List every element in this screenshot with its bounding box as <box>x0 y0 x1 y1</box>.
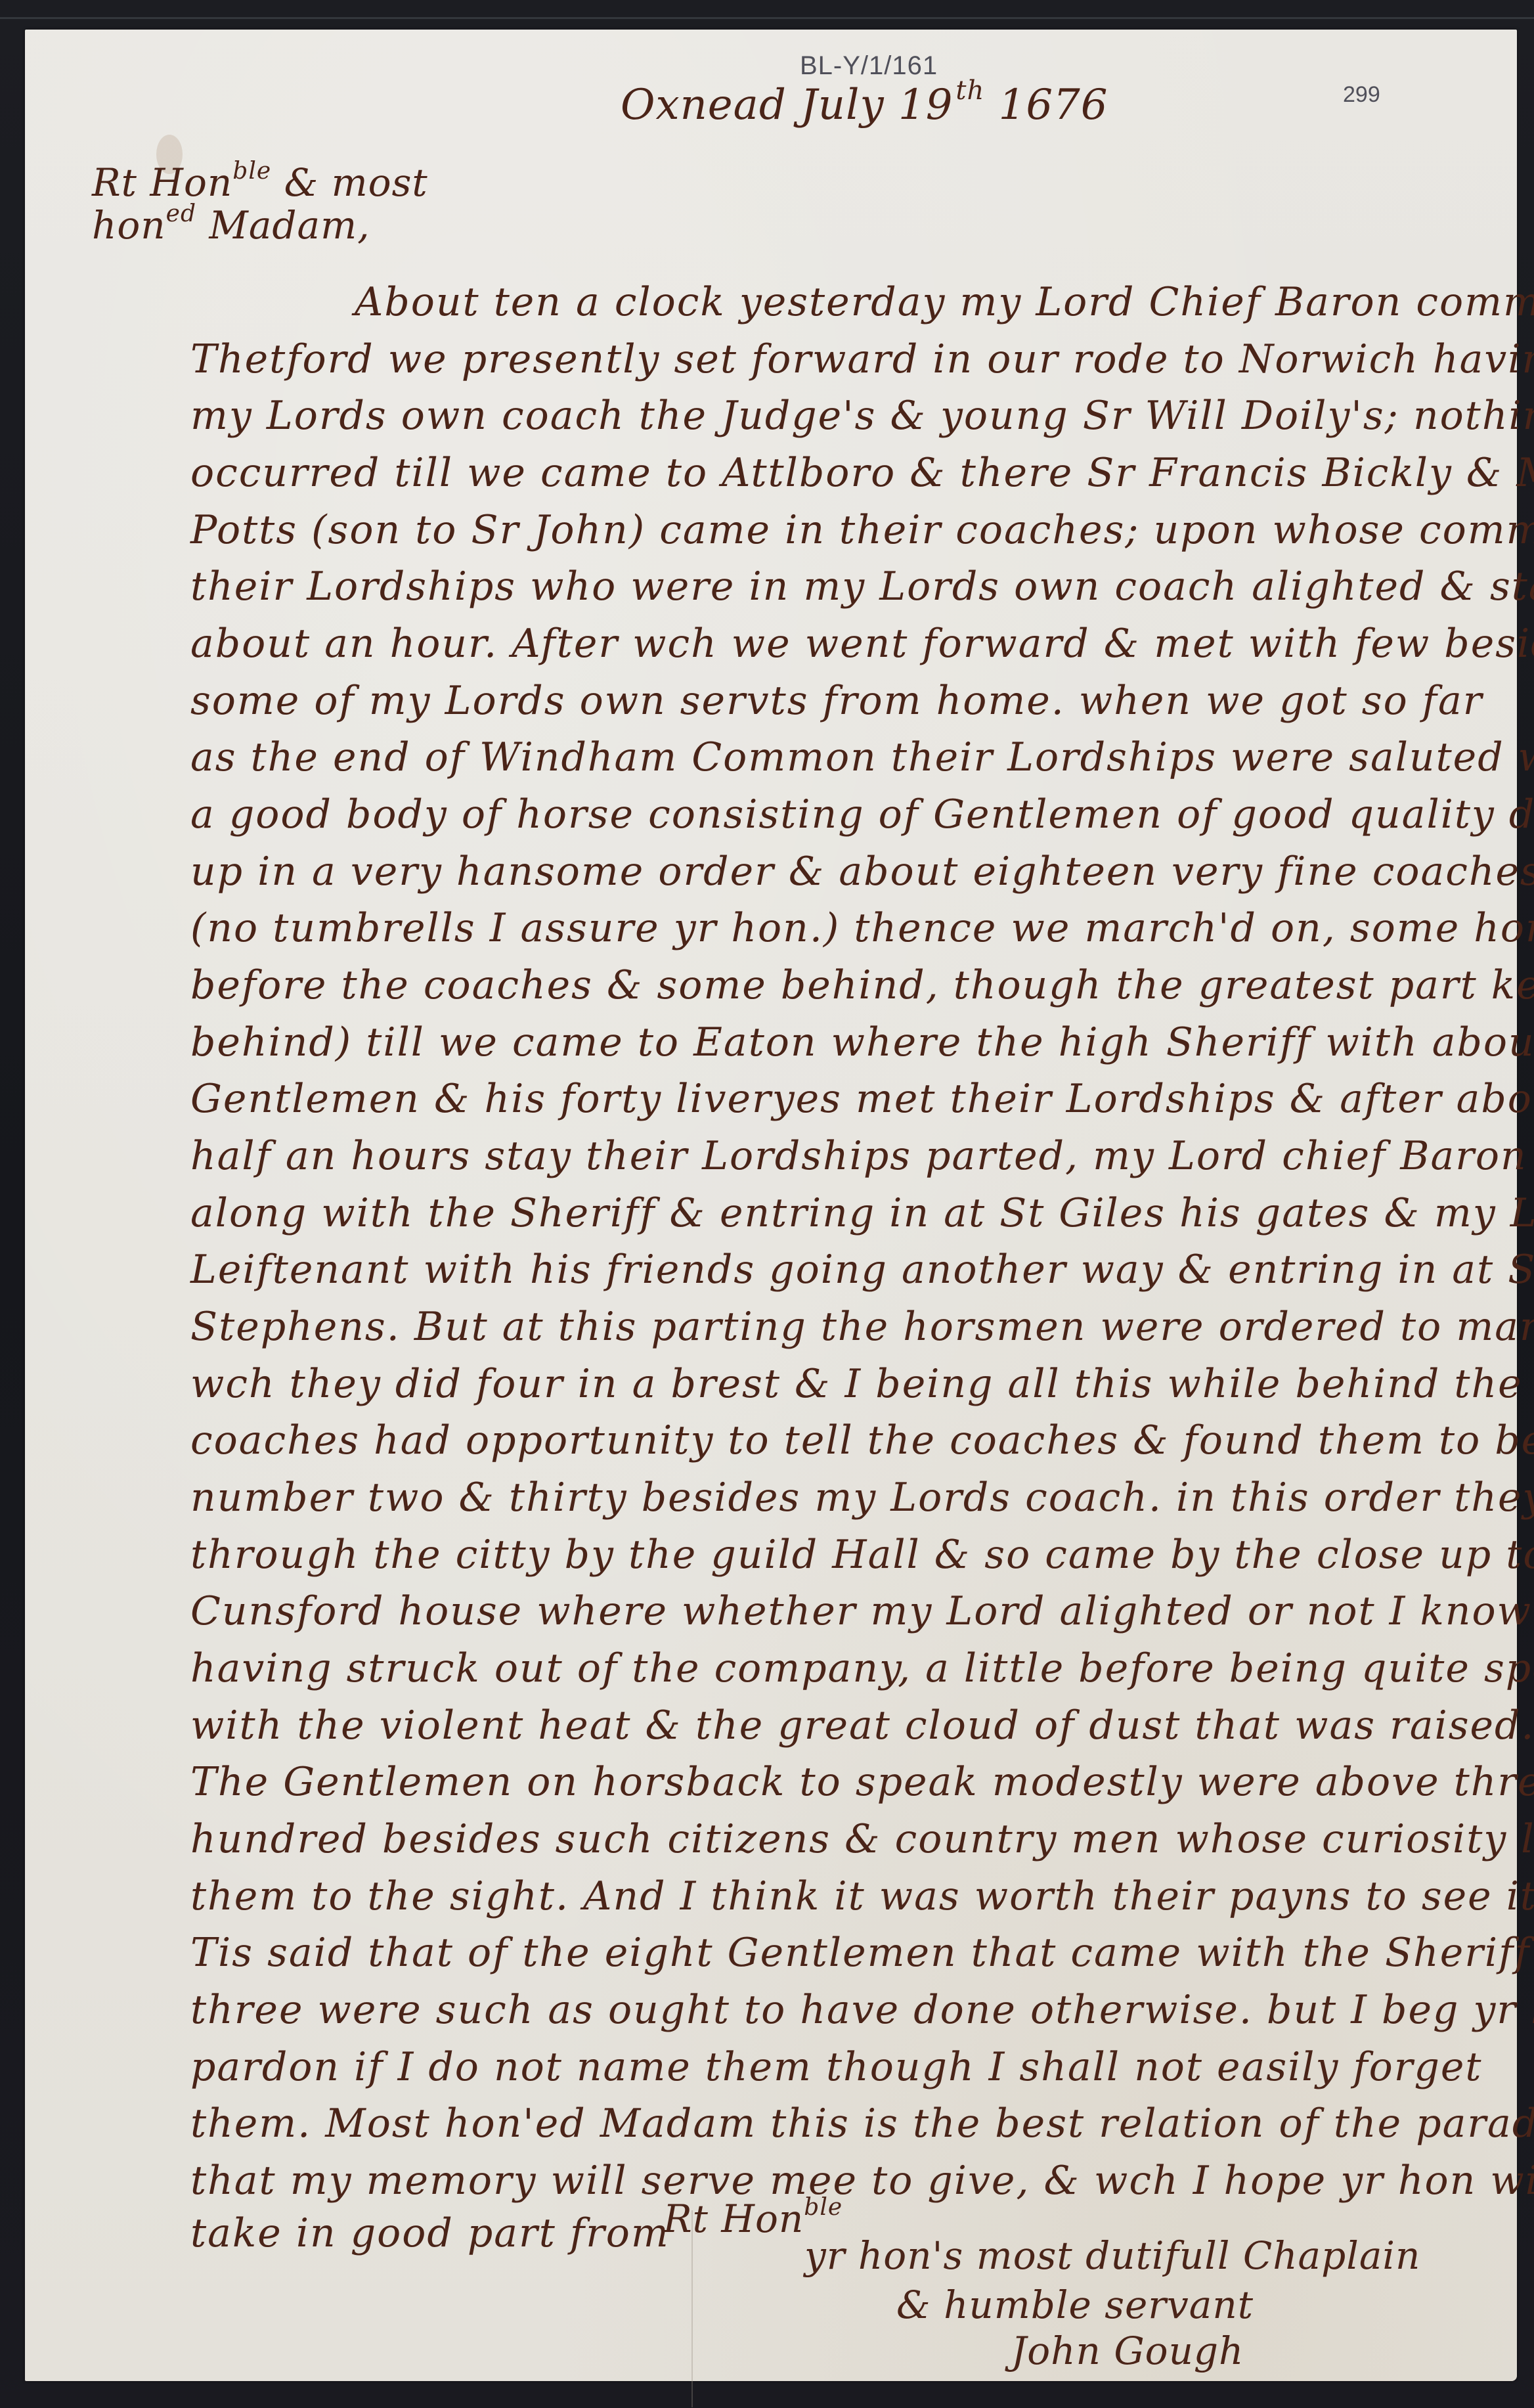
signature: John Gough <box>1011 2329 1244 2373</box>
closing-honorific-sup: ble <box>804 2194 843 2221</box>
body-line: Tis said that of the eight Gentlemen tha… <box>190 1930 1531 1976</box>
dateline-year: 1676 <box>999 81 1108 129</box>
body-line: that my memory will serve mee to give, &… <box>190 2158 1534 2204</box>
body-line: Leiftenant with his friends going anothe… <box>190 1247 1534 1293</box>
body-line: number two & thirty besides my Lords coa… <box>190 1475 1534 1521</box>
body-line: About ten a clock yesterday my Lord Chie… <box>355 279 1534 325</box>
body-line: with the violent heat & the great cloud … <box>190 1703 1534 1749</box>
body-line: my Lords own coach the Judge's & young S… <box>190 393 1534 439</box>
body-line: The Gentlemen on horsback to speak modes… <box>190 1759 1534 1805</box>
body-line: coaches had opportunity to tell the coac… <box>190 1417 1534 1463</box>
body-line: take in good part from <box>190 2210 670 2256</box>
closing-honorific: Rt Hon <box>663 2196 804 2241</box>
body-line: Cunsford house where whether my Lord ali… <box>190 1588 1534 1634</box>
body-line: having struck out of the company, a litt… <box>190 1645 1534 1691</box>
body-line: through the citty by the guild Hall & so… <box>190 1532 1534 1578</box>
salutation-hon: hon <box>92 203 166 248</box>
body-line: behind) till we came to Eaton where the … <box>190 1019 1534 1065</box>
dateline-day: 19 <box>898 81 953 129</box>
folio-number: 299 <box>1343 82 1380 108</box>
body-line: their Lordships who were in my Lords own… <box>190 564 1534 610</box>
body-line: occurred till we came to Attlboro & ther… <box>190 450 1534 496</box>
dateline-month: July <box>800 81 885 129</box>
body-line: Thetford we presently set forward in our… <box>190 336 1534 382</box>
body-line: half an hours stay their Lordships parte… <box>190 1133 1534 1179</box>
salutation-hon-sup: ed <box>166 200 196 227</box>
body-line: hundred besides such citizens & country … <box>190 1816 1534 1862</box>
closing-line-2: & humble servant <box>896 2283 1254 2327</box>
body-line: Stephens. But at this parting the horsme… <box>190 1304 1534 1350</box>
body-line: Potts (son to Sr John) came in their coa… <box>190 507 1534 553</box>
body-line: three were such as ought to have done ot… <box>190 1987 1534 2033</box>
body-line: about an hour. After wch we went forward… <box>190 621 1534 667</box>
salutation-honorific-sup: ble <box>232 158 271 185</box>
body-line: a good body of horse consisting of Gentl… <box>190 792 1534 837</box>
salutation-honorific: Rt Hon <box>92 160 232 205</box>
body-line: as the end of Windham Common their Lords… <box>190 734 1534 780</box>
body-line: (no tumbrells I assure yr hon.) thence w… <box>190 905 1534 951</box>
salutation-madam: Madam, <box>196 203 370 248</box>
mount-edge <box>0 17 1534 19</box>
body-line: wch they did four in a brest & I being a… <box>190 1361 1523 1407</box>
body-line: pardon if I do not name them though I sh… <box>190 2044 1483 2090</box>
closing-line-1: yr hon's most dutifull Chaplain <box>804 2233 1420 2278</box>
dateline-place: Oxnead <box>621 81 787 129</box>
body-line: along with the Sheriff & entring in at S… <box>190 1190 1534 1236</box>
salutation-line-1: Rt Honble & most <box>92 158 428 205</box>
body-line: before the coaches & some behind, though… <box>190 962 1534 1008</box>
salutation-most: & most <box>271 160 428 205</box>
body-line: up in a very hansome order & about eight… <box>190 849 1534 895</box>
body-line: some of my Lords own servts from home. w… <box>190 678 1483 724</box>
dateline-day-suffix: th <box>955 76 984 106</box>
salutation-line-2: honed Madam, <box>92 200 370 248</box>
body-line: Gentlemen & his forty liveryes met their… <box>190 1076 1534 1122</box>
body-line: them. Most hon'ed Madam this is the best… <box>190 2101 1534 2147</box>
dateline: Oxnead July 19th 1676 <box>621 76 1108 129</box>
body-line: them to the sight. And I think it was wo… <box>190 1873 1534 1919</box>
